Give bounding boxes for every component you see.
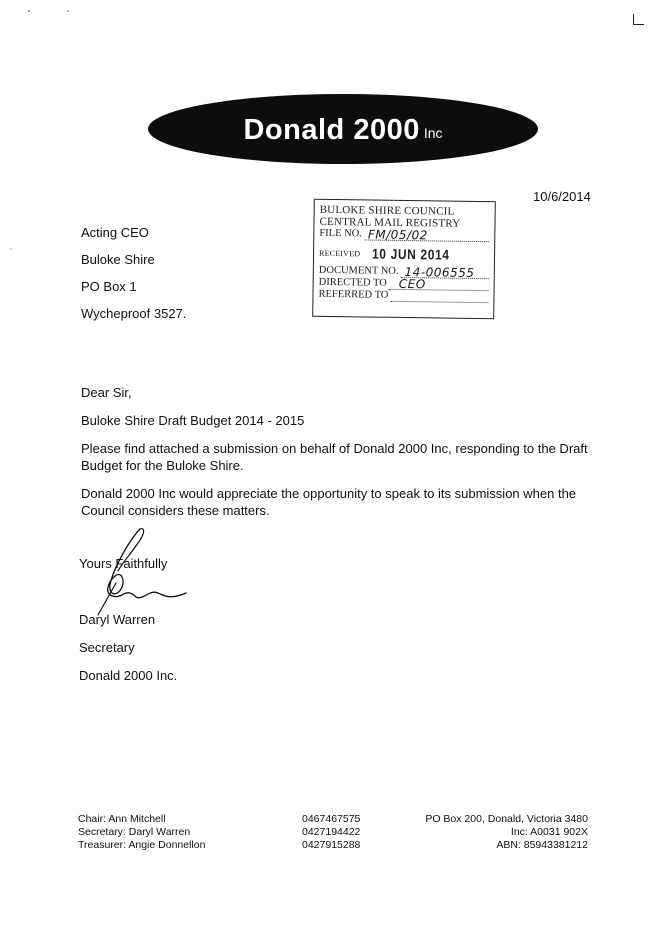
stamp-received-row: RECEIVED 10 JUN 2014 [319,245,489,263]
stamp-directed-label: DIRECTED TO [319,277,387,290]
letterhead-organisation: Donald 2000 [243,114,419,147]
footer-incorporation: Inc: A0031 902X [425,826,588,839]
scan-speck [28,10,30,12]
registry-stamp: BULOKE SHIRE COUNCIL CENTRAL MAIL REGIST… [312,199,496,320]
recipient-line: Wycheproof 3527. [81,300,186,327]
signatory-name: Daryl Warren [79,612,155,627]
footer-phones: 0467467575 0427194422 0427915288 [302,813,360,852]
letterhead-logo: Donald 2000 Inc [148,94,538,164]
footer-officers: Chair: Ann Mitchell Secretary: Daryl War… [78,813,205,852]
recipient-line: PO Box 1 [81,273,186,300]
signatory-title: Secretary [79,640,135,655]
letter-page: Donald 2000 Inc 10/6/2014 Acting CEO Bul… [0,0,660,933]
recipient-address: Acting CEO Buloke Shire PO Box 1 Wychepr… [81,219,186,327]
stamp-directed-value: CEO [399,278,426,290]
recipient-line: Acting CEO [81,219,186,246]
letter-date: 10/6/2014 [533,189,591,204]
scan-speck [10,248,12,250]
stamp-referred-fill [390,290,488,303]
corner-mark-icon [633,14,644,25]
footer-phone: 0427194422 [302,826,360,839]
footer-postal-address: PO Box 200, Donald, Victoria 3480 [425,813,588,826]
stamp-received-date: 10 JUN 2014 [372,246,450,263]
stamp-document-label: DOCUMENT NO. [319,265,399,278]
stamp-file-fill: FM/05/02 [364,228,490,242]
stamp-referred-label: REFERRED TO [318,289,388,302]
footer-officer: Chair: Ann Mitchell [78,813,205,826]
letter-paragraph: Donald 2000 Inc would appreciate the opp… [81,485,601,519]
stamp-file-label: FILE NO. [319,228,362,241]
footer-details: PO Box 200, Donald, Victoria 3480 Inc: A… [425,813,588,852]
handwritten-signature-icon [92,527,202,617]
stamp-referred-row: REFERRED TO [318,289,488,303]
recipient-line: Buloke Shire [81,246,186,273]
letter-paragraph: Please find attached a submission on beh… [81,440,601,474]
stamp-received-label: RECEIVED [319,248,360,258]
letterhead-suffix: Inc [424,125,443,141]
stamp-file-row: FILE NO. FM/05/02 [319,228,489,242]
letter-salutation: Dear Sir, [81,384,601,401]
footer-phone: 0427915288 [302,839,360,852]
letter-subject: Buloke Shire Draft Budget 2014 - 2015 [81,412,601,429]
footer-phone: 0467467575 [302,813,360,826]
scan-speck [67,10,69,12]
footer-officer: Secretary: Daryl Warren [78,826,205,839]
signatory-organisation: Donald 2000 Inc. [79,668,177,683]
stamp-file-value: FM/05/02 [368,228,428,241]
footer-abn: ABN: 85943381212 [425,839,588,852]
footer-officer: Treasurer: Angie Donnellon [78,839,205,852]
